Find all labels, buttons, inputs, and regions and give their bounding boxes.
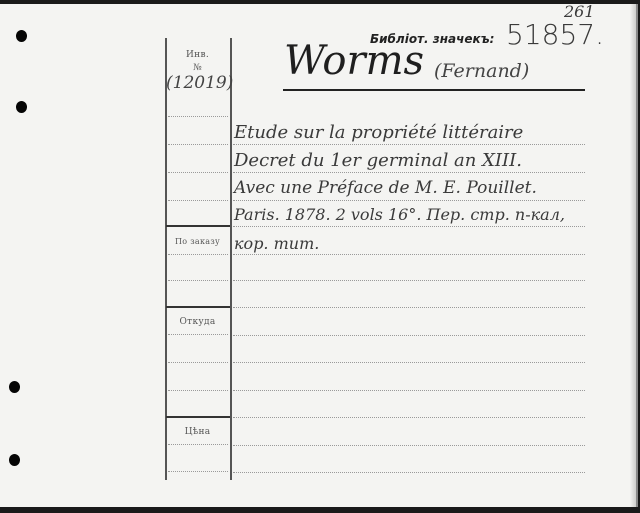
price-label: Цѣна — [165, 427, 230, 437]
text-rule — [233, 472, 585, 473]
text-rule — [233, 172, 585, 173]
left-rule — [168, 471, 228, 472]
source-label: Откуда — [165, 317, 230, 327]
library-mark-value: 51857. — [506, 18, 604, 51]
punch-hole — [16, 30, 27, 42]
section-divider — [166, 306, 230, 308]
description-line: Etude sur la propriété littéraire — [234, 122, 523, 143]
section-divider — [166, 416, 230, 418]
text-rule — [233, 144, 585, 145]
text-rule — [233, 200, 585, 201]
inv-label: Инв. — [165, 50, 230, 60]
left-rule — [168, 280, 228, 281]
text-rule — [233, 226, 585, 227]
left-rule — [168, 144, 228, 145]
left-rule — [168, 200, 228, 201]
inv-no-sign: № — [165, 63, 230, 73]
column-border-left — [165, 38, 167, 480]
text-rule — [233, 417, 585, 418]
text-rule — [233, 335, 585, 336]
left-rule — [168, 444, 228, 445]
punch-hole — [16, 101, 27, 113]
shelf-note: 261 — [564, 2, 595, 21]
left-rule — [168, 390, 228, 391]
text-rule — [233, 445, 585, 446]
punch-hole — [9, 381, 20, 393]
catalog-card: Библiот. значекъ: 51857. 261 Worms (Fern… — [0, 4, 638, 507]
left-rule — [168, 172, 228, 173]
text-rule — [233, 362, 585, 363]
inv-number: (12019) — [166, 73, 233, 93]
description-line: кор. тит. — [234, 234, 319, 253]
description-line: Avec une Préface de M. E. Pouillet. — [234, 178, 537, 198]
author-underline — [283, 89, 585, 91]
left-rule — [168, 254, 228, 255]
description-line: Decret du 1er germinal an XIII. — [234, 150, 522, 171]
order-label: По заказу — [165, 237, 230, 246]
left-rule — [168, 116, 228, 117]
left-rule — [168, 362, 228, 363]
text-rule — [233, 307, 585, 308]
author-given-name: (Fernand) — [434, 60, 529, 82]
punch-hole — [9, 454, 20, 466]
description-line: Paris. 1878. 2 vols 16°. Пер. стр. п-кал… — [234, 205, 565, 224]
text-rule — [233, 254, 585, 255]
text-rule — [233, 390, 585, 391]
text-rule — [233, 280, 585, 281]
left-rule — [168, 334, 228, 335]
author-surname: Worms — [284, 38, 424, 84]
section-divider — [166, 225, 230, 227]
column-border-right — [230, 38, 232, 480]
